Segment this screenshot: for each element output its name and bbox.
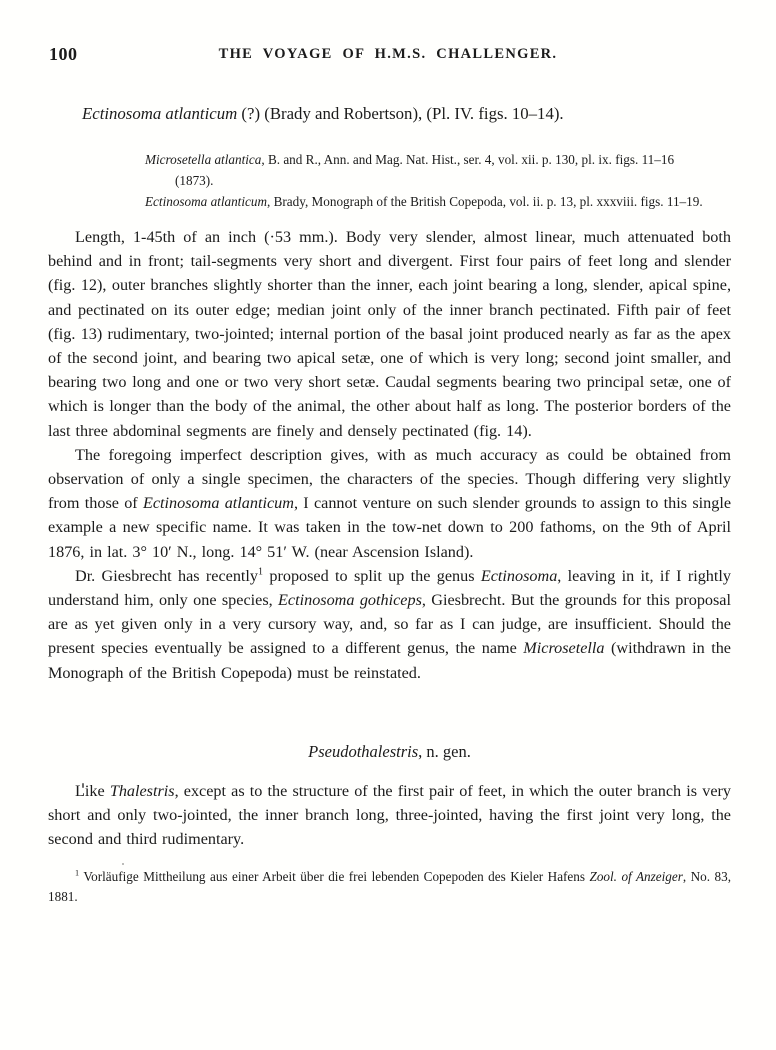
synonymy-entry: Microsetella atlantica, B. and R., Ann. … [145, 149, 713, 191]
footnote: 1 Vorläufige Mittheilung aus einer Arbei… [48, 867, 731, 906]
synonymy-list: Microsetella atlantica, B. and R., Ann. … [145, 149, 713, 212]
running-title: THE VOYAGE OF H.M.S. CHALLENGER. [0, 46, 776, 63]
giesbrecht-paragraph: Dr. Giesbrecht has recently1 proposed to… [48, 564, 731, 685]
species-heading: Ectinosoma atlanticum (?) (Brady and Rob… [82, 102, 731, 125]
new-genus-description-paragraph: Like Thalestris, except as to the struct… [48, 779, 731, 852]
running-head: 100 THE VOYAGE OF H.M.S. CHALLENGER. [0, 46, 776, 66]
new-genus-heading: Pseudothalestris, n. gen. [48, 741, 731, 763]
scan-artifact [122, 863, 124, 865]
description-paragraph: Length, 1-45th of an inch (·53 mm.). Bod… [48, 225, 731, 443]
text-block: Ectinosoma atlanticum (?) (Brady and Rob… [48, 102, 731, 851]
synonymy-entry: Ectinosoma atlanticum, Brady, Monograph … [145, 191, 713, 212]
remarks-paragraph: The foregoing imperfect description give… [48, 443, 731, 564]
book-page: 100 THE VOYAGE OF H.M.S. CHALLENGER. Ect… [0, 0, 776, 1050]
scan-artifact [82, 783, 84, 788]
page-number: 100 [49, 44, 78, 65]
